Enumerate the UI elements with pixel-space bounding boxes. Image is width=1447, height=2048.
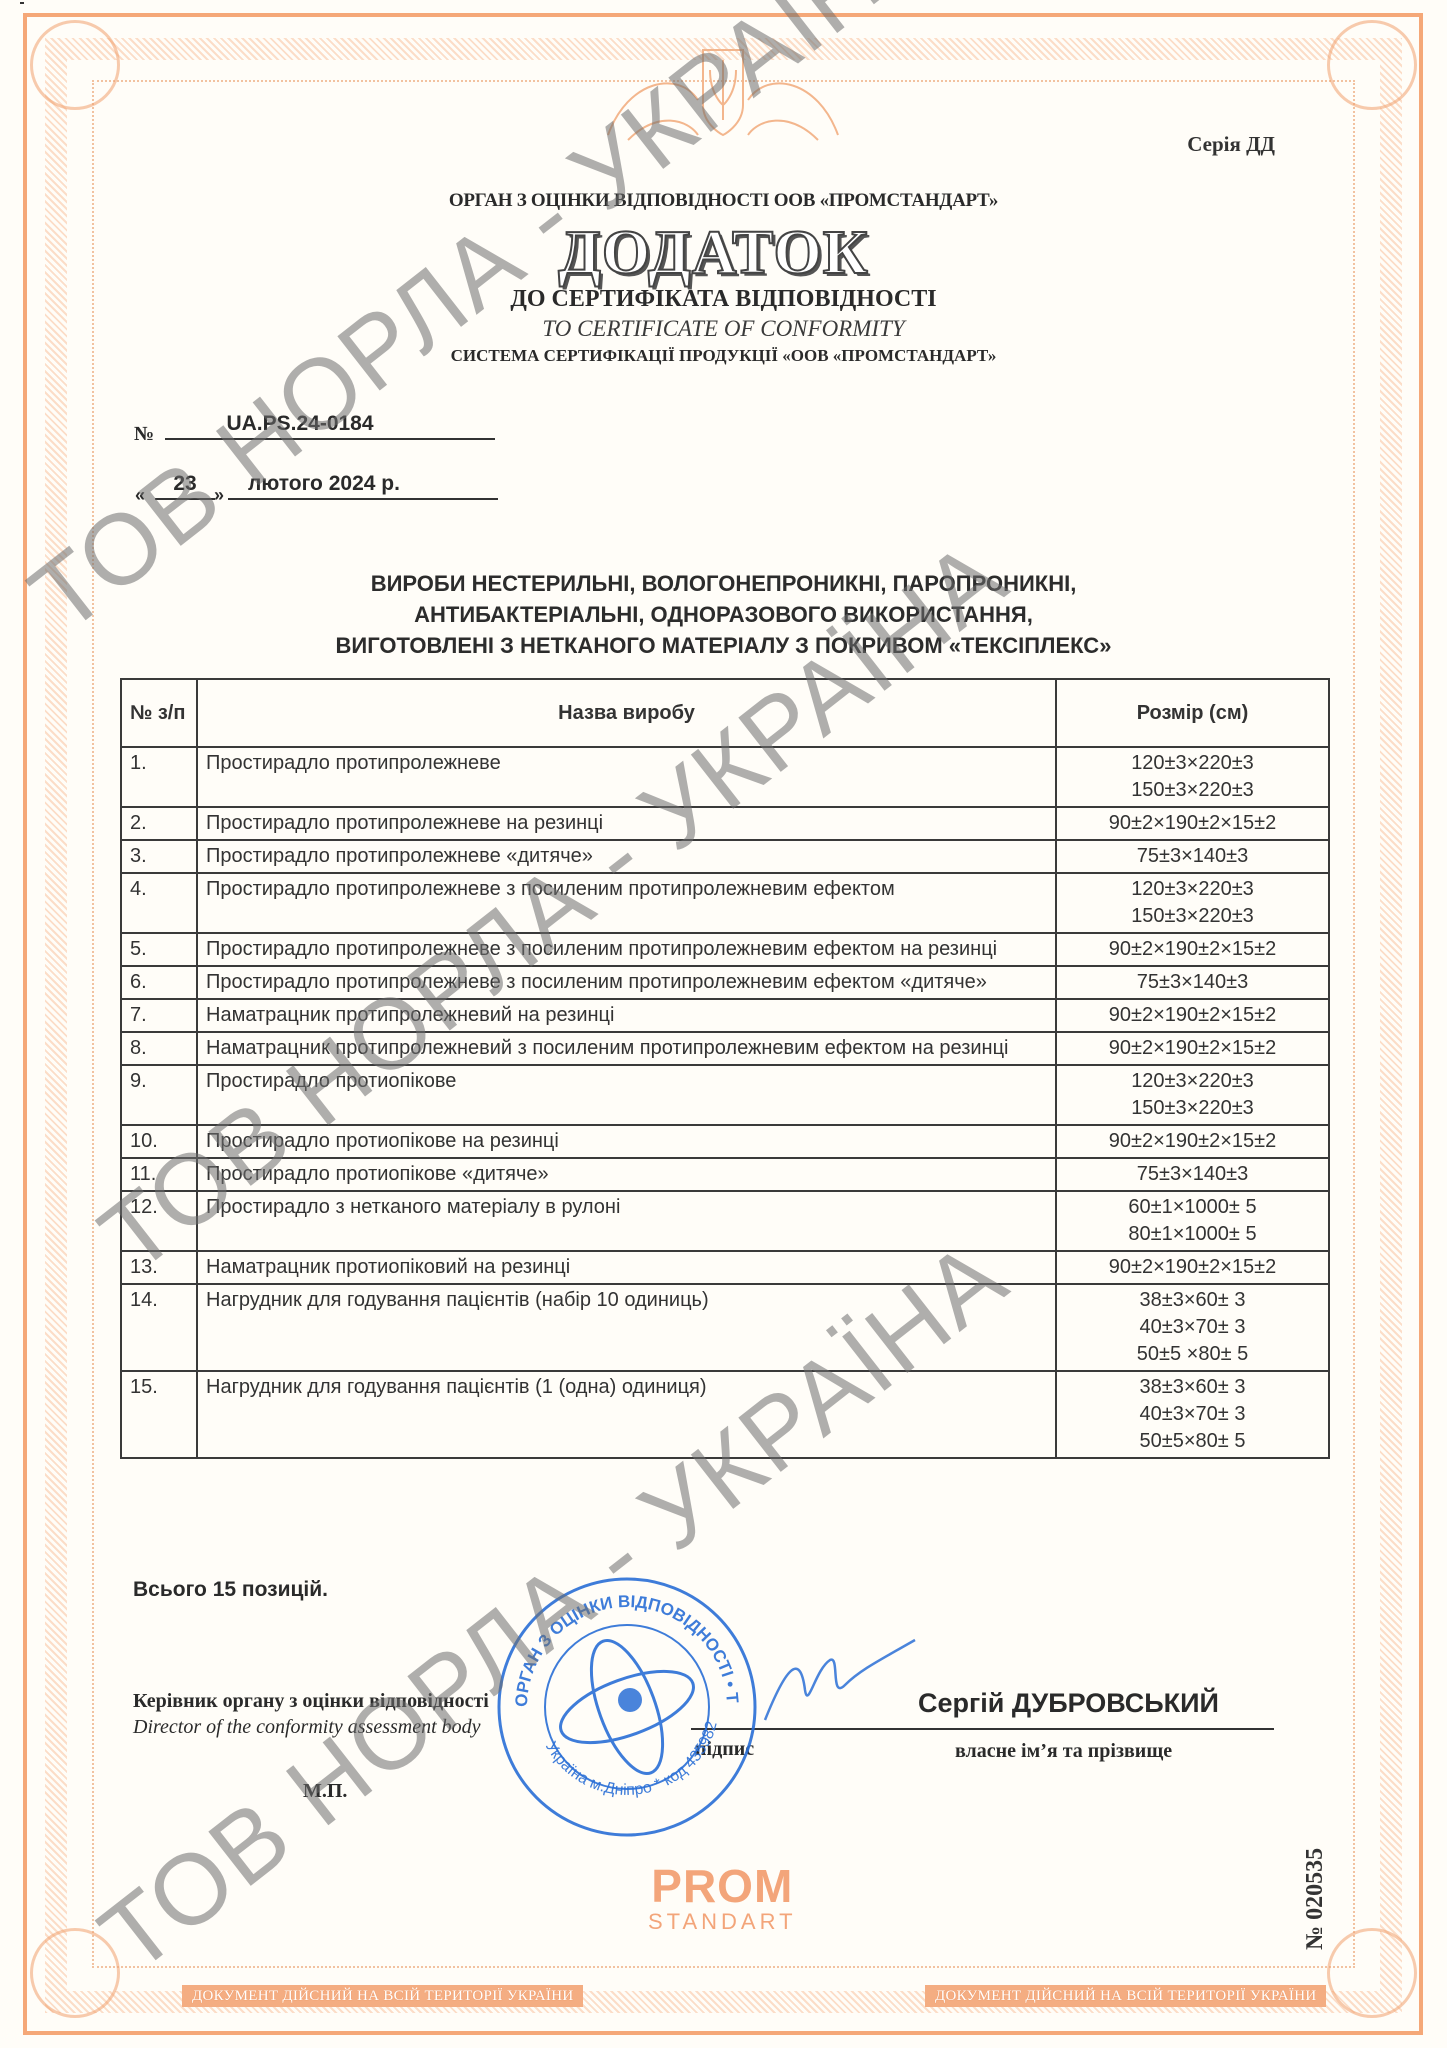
size-value: 40±3×70± 3 bbox=[1065, 1314, 1320, 1341]
product-size: 120±3×220±3150±3×220±3 bbox=[1056, 1065, 1329, 1125]
size-value: 120±3×220±3 bbox=[1065, 876, 1320, 903]
date-day: 23 bbox=[155, 472, 215, 500]
document-title: ДОДАТОК bbox=[0, 218, 1437, 289]
size-value: 90±2×190±2×15±2 bbox=[1065, 1128, 1320, 1155]
form-serial-number: № 020535 bbox=[1302, 1848, 1329, 1950]
table-row: 11.Простирадло протиопікове «дитяче»75±3… bbox=[121, 1158, 1329, 1191]
row-number: 15. bbox=[121, 1371, 197, 1458]
seal-place-label: М.П. bbox=[303, 1780, 347, 1803]
table-body: 1.Простирадло протипролежневе120±3×220±3… bbox=[121, 747, 1329, 1458]
header-name: Назва виробу bbox=[197, 679, 1056, 747]
logo-sub-text: STANDART bbox=[648, 1910, 797, 1934]
validity-band-right: ДОКУМЕНТ ДІЙСНИЙ НА ВСІЙ ТЕРИТОРІЇ УКРАЇ… bbox=[925, 1985, 1326, 2007]
product-name: Простирадло з нетканого матеріалу в руло… bbox=[197, 1191, 1056, 1251]
size-value: 50±5 ×80± 5 bbox=[1065, 1341, 1320, 1368]
size-value: 50±5×80± 5 bbox=[1065, 1428, 1320, 1455]
table-row: 15.Нагрудник для годування пацієнтів (1 … bbox=[121, 1371, 1329, 1458]
product-size: 75±3×140±3 bbox=[1056, 840, 1329, 873]
size-value: 120±3×220±3 bbox=[1065, 1068, 1320, 1095]
certification-system: СИСТЕМА СЕРТИФІКАЦІЇ ПРОДУКЦІЇ «ООВ «ПРО… bbox=[0, 346, 1447, 366]
table-row: 4.Простирадло протипролежневе з посилени… bbox=[121, 873, 1329, 933]
row-number: 3. bbox=[121, 840, 197, 873]
date-close-quote: » bbox=[214, 485, 224, 506]
series-label: Серія ДД bbox=[1187, 132, 1275, 157]
trident-emblem-icon bbox=[598, 40, 848, 150]
name-label: власне ім’я та прізвище bbox=[955, 1740, 1172, 1763]
size-value: 150±3×220±3 bbox=[1065, 777, 1320, 804]
size-value: 90±2×190±2×15±2 bbox=[1065, 1035, 1320, 1062]
product-name: Наматрацник протипролежневий на резинці bbox=[197, 999, 1056, 1032]
row-number: 9. bbox=[121, 1065, 197, 1125]
product-name: Наматрацник протипролежневий з посиленим… bbox=[197, 1032, 1056, 1065]
row-number: 7. bbox=[121, 999, 197, 1032]
size-value: 40±3×70± 3 bbox=[1065, 1401, 1320, 1428]
scan-mark bbox=[20, 2, 24, 4]
product-size: 120±3×220±3150±3×220±3 bbox=[1056, 873, 1329, 933]
validity-band-left: ДОКУМЕНТ ДІЙСНИЙ НА ВСІЙ ТЕРИТОРІЇ УКРАЇ… bbox=[182, 1985, 583, 2007]
product-title-line: ВИРОБИ НЕСТЕРИЛЬНІ, ВОЛОГОНЕПРОНИКНІ, ПА… bbox=[0, 568, 1447, 599]
product-title-line: АНТИБАКТЕРІАЛЬНІ, ОДНОРАЗОВОГО ВИКОРИСТА… bbox=[0, 599, 1447, 630]
row-number: 10. bbox=[121, 1125, 197, 1158]
total-positions: Всього 15 позицій. bbox=[133, 1578, 328, 1602]
table-row: 2.Простирадло протипролежневе на резинці… bbox=[121, 807, 1329, 840]
header-number: № з/п bbox=[121, 679, 197, 747]
table-row: 10.Простирадло протиопікове на резинці90… bbox=[121, 1125, 1329, 1158]
director-title-ua: Керівник органу з оцінки відповідності bbox=[133, 1690, 489, 1713]
product-size: 120±3×220±3150±3×220±3 bbox=[1056, 747, 1329, 807]
size-value: 60±1×1000± 5 bbox=[1065, 1194, 1320, 1221]
director-title-en: Director of the conformity assessment bo… bbox=[133, 1716, 481, 1739]
product-name: Нагрудник для годування пацієнтів (набір… bbox=[197, 1284, 1056, 1371]
size-value: 75±3×140±3 bbox=[1065, 1161, 1320, 1188]
product-name: Простирадло протиопікове bbox=[197, 1065, 1056, 1125]
ornament-corner-bottom-right bbox=[1327, 1928, 1417, 2018]
size-value: 38±3×60± 3 bbox=[1065, 1374, 1320, 1401]
table-row: 6.Простирадло протипролежневе з посилени… bbox=[121, 966, 1329, 999]
promstandart-logo: PROM STANDART bbox=[648, 1862, 797, 1934]
product-name: Простирадло протиопікове на резинці bbox=[197, 1125, 1056, 1158]
product-name: Простирадло протипролежневе з посиленим … bbox=[197, 873, 1056, 933]
row-number: 11. bbox=[121, 1158, 197, 1191]
ornament-corner-top-left bbox=[30, 20, 120, 110]
table-row: 1.Простирадло протипролежневе120±3×220±3… bbox=[121, 747, 1329, 807]
official-stamp-icon: ОРГАН З ОЦІНКИ ВІДПОВІДНОСТІ • ТОВАРИСТВ… bbox=[492, 1572, 762, 1842]
product-name: Простирадло протипролежневе «дитяче» bbox=[197, 840, 1056, 873]
size-value: 80±1×1000± 5 bbox=[1065, 1221, 1320, 1248]
size-value: 150±3×220±3 bbox=[1065, 903, 1320, 930]
table-row: 13.Наматрацник протиопіковий на резинці9… bbox=[121, 1251, 1329, 1284]
number-label: № bbox=[134, 423, 154, 446]
row-number: 14. bbox=[121, 1284, 197, 1371]
product-size: 90±2×190±2×15±2 bbox=[1056, 807, 1329, 840]
row-number: 1. bbox=[121, 747, 197, 807]
product-size: 90±2×190±2×15±2 bbox=[1056, 1125, 1329, 1158]
subtitle-ua: ДО СЕРТИФІКАТА ВІДПОВІДНОСТІ bbox=[0, 286, 1447, 313]
size-value: 90±2×190±2×15±2 bbox=[1065, 1254, 1320, 1281]
product-size: 75±3×140±3 bbox=[1056, 1158, 1329, 1191]
size-value: 38±3×60± 3 bbox=[1065, 1287, 1320, 1314]
row-number: 2. bbox=[121, 807, 197, 840]
date-open-quote: « bbox=[135, 485, 145, 506]
certificate-number: UA.PS.24-0184 bbox=[165, 412, 495, 440]
size-value: 120±3×220±3 bbox=[1065, 750, 1320, 777]
product-name: Простирадло протипролежневе з посиленим … bbox=[197, 966, 1056, 999]
size-value: 90±2×190±2×15±2 bbox=[1065, 1002, 1320, 1029]
product-size: 90±2×190±2×15±2 bbox=[1056, 999, 1329, 1032]
row-number: 4. bbox=[121, 873, 197, 933]
row-number: 12. bbox=[121, 1191, 197, 1251]
header-size: Розмір (см) bbox=[1056, 679, 1329, 747]
row-number: 5. bbox=[121, 933, 197, 966]
product-name: Простирадло протипролежневе на резинці bbox=[197, 807, 1056, 840]
table-row: 3.Простирадло протипролежневе «дитяче»75… bbox=[121, 840, 1329, 873]
logo-main-text: PROM bbox=[648, 1862, 797, 1910]
svg-text:ОРГАН З ОЦІНКИ ВІДПОВІДНОСТІ •: ОРГАН З ОЦІНКИ ВІДПОВІДНОСТІ • ТОВАРИСТВ… bbox=[492, 1572, 742, 1707]
row-number: 13. bbox=[121, 1251, 197, 1284]
table-row: 14.Нагрудник для годування пацієнтів (на… bbox=[121, 1284, 1329, 1371]
table-row: 7.Наматрацник протипролежневий на резинц… bbox=[121, 999, 1329, 1032]
product-name: Нагрудник для годування пацієнтів (1 (од… bbox=[197, 1371, 1056, 1458]
product-size: 60±1×1000± 580±1×1000± 5 bbox=[1056, 1191, 1329, 1251]
product-name: Простирадло протиопікове «дитяче» bbox=[197, 1158, 1056, 1191]
organ-name: ОРГАН З ОЦІНКИ ВІДПОВІДНОСТІ ООВ «ПРОМСТ… bbox=[0, 190, 1447, 212]
product-name: Простирадло протипролежневе bbox=[197, 747, 1056, 807]
product-size: 90±2×190±2×15±2 bbox=[1056, 933, 1329, 966]
size-value: 90±2×190±2×15±2 bbox=[1065, 936, 1320, 963]
size-value: 75±3×140±3 bbox=[1065, 843, 1320, 870]
product-size: 75±3×140±3 bbox=[1056, 966, 1329, 999]
date-month-year: лютого 2024 р. bbox=[228, 472, 498, 500]
row-number: 8. bbox=[121, 1032, 197, 1065]
product-size: 90±2×190±2×15±2 bbox=[1056, 1032, 1329, 1065]
product-name: Простирадло протипролежневе з посиленим … bbox=[197, 933, 1056, 966]
product-name: Наматрацник протиопіковий на резинці bbox=[197, 1251, 1056, 1284]
table-header-row: № з/п Назва виробу Розмір (см) bbox=[121, 679, 1329, 747]
size-value: 150±3×220±3 bbox=[1065, 1095, 1320, 1122]
ornament-corner-top-right bbox=[1327, 20, 1417, 110]
table-row: 8.Наматрацник протипролежневий з посилен… bbox=[121, 1032, 1329, 1065]
product-size: 38±3×60± 340±3×70± 350±5×80± 5 bbox=[1056, 1371, 1329, 1458]
ornament-corner-bottom-left bbox=[30, 1928, 120, 2018]
subtitle-en: TO CERTIFICATE OF CONFORMITY bbox=[0, 316, 1447, 342]
product-title-line: ВИГОТОВЛЕНІ З НЕТКАНОГО МАТЕРІАЛУ З ПОКР… bbox=[0, 630, 1447, 661]
signature-icon bbox=[760, 1630, 920, 1740]
table-row: 5.Простирадло протипролежневе з посилени… bbox=[121, 933, 1329, 966]
table-row: 12.Простирадло з нетканого матеріалу в р… bbox=[121, 1191, 1329, 1251]
product-title: ВИРОБИ НЕСТЕРИЛЬНІ, ВОЛОГОНЕПРОНИКНІ, ПА… bbox=[0, 568, 1447, 661]
row-number: 6. bbox=[121, 966, 197, 999]
stamp-outer-text: ОРГАН З ОЦІНКИ ВІДПОВІДНОСТІ • ТОВАРИСТВ… bbox=[492, 1572, 742, 1707]
size-value: 90±2×190±2×15±2 bbox=[1065, 810, 1320, 837]
table-row: 9.Простирадло протиопікове120±3×220±3150… bbox=[121, 1065, 1329, 1125]
signer-name: Сергій ДУБРОВСЬКИЙ bbox=[918, 1688, 1219, 1719]
product-size: 38±3×60± 340±3×70± 350±5 ×80± 5 bbox=[1056, 1284, 1329, 1371]
size-value: 75±3×140±3 bbox=[1065, 969, 1320, 996]
products-table: № з/п Назва виробу Розмір (см) 1.Простир… bbox=[120, 678, 1330, 1459]
product-size: 90±2×190±2×15±2 bbox=[1056, 1251, 1329, 1284]
